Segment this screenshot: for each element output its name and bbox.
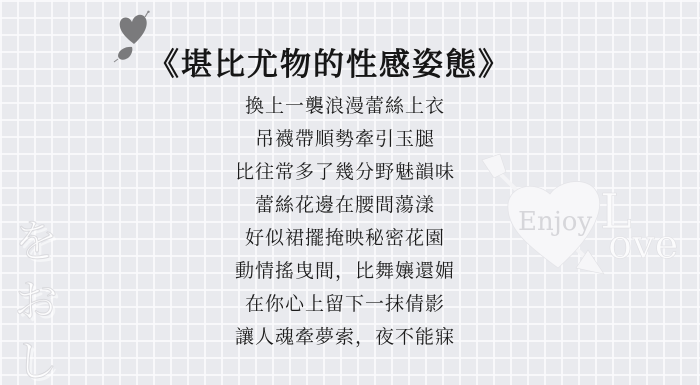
kana-char: し xyxy=(14,332,74,385)
poem-line: 好似裙擺掩映秘密花園 xyxy=(200,222,490,255)
poem-line: 讓人魂牽夢索，夜不能寐 xyxy=(200,321,490,354)
enjoy-love-watermark: Enjoy L ove xyxy=(478,150,688,280)
kana-char: を xyxy=(14,212,74,272)
poem: 換上一襲浪漫蕾絲上衣 吊襪帶順勢牽引玉腿 比往常多了幾分野魅韻味 蕾絲花邊在腰間… xyxy=(200,90,490,354)
poem-line: 比往常多了幾分野魅韻味 xyxy=(200,156,490,189)
kana-watermark: を お し xyxy=(14,212,74,385)
poem-line: 動情搖曳間，比舞孃還媚 xyxy=(200,255,490,288)
kana-char: お xyxy=(14,272,74,332)
page-title: 《堪比尤物的性感姿態》 xyxy=(148,43,538,87)
poem-line: 換上一襲浪漫蕾絲上衣 xyxy=(200,90,490,123)
love-rest-text: ove xyxy=(608,222,678,268)
poem-line: 在你心上留下一抹倩影 xyxy=(200,288,490,321)
poem-line: 蕾絲花邊在腰間蕩漾 xyxy=(200,189,490,222)
poem-line: 吊襪帶順勢牽引玉腿 xyxy=(200,123,490,156)
product-description-banner: 《堪比尤物的性感姿態》 換上一襲浪漫蕾絲上衣 吊襪帶順勢牽引玉腿 比往常多了幾分… xyxy=(0,0,700,385)
enjoy-text: Enjoy xyxy=(518,207,592,237)
